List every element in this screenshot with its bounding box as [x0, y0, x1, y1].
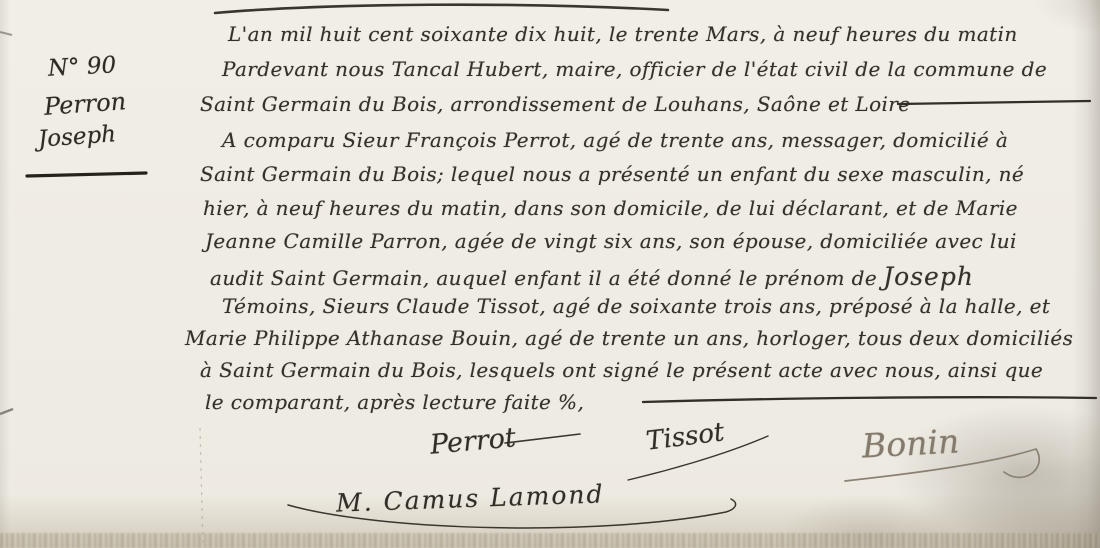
act-line-9: Témoins, Sieurs Claude Tissot, agé de so…: [222, 294, 1050, 318]
edge-mark: [0, 32, 12, 35]
act-line-4: A comparu Sieur François Perrot, agé de …: [222, 128, 1008, 152]
margin-underline: [27, 173, 146, 176]
signature-bonin: Bonin: [861, 421, 960, 465]
act-line-2: Pardevant nous Tancal Hubert, maire, off…: [222, 57, 1047, 81]
margin-given-name: Joseph: [37, 121, 117, 152]
margin-act-number: N° 90: [47, 52, 116, 82]
act-line-6: hier, à neuf heures du matin, dans son d…: [203, 196, 1018, 220]
scan-bottom-grain: [0, 533, 1100, 548]
act-line-11: à Saint Germain du Bois, lesquels ont si…: [200, 358, 1043, 382]
edge-mark: [0, 409, 13, 414]
scanned-birth-record: N° 90 Perron Joseph L'an mil huit cent s…: [0, 0, 1100, 548]
act-line-8: audit Saint Germain, auquel enfant il a …: [210, 262, 974, 291]
act-line-10: Marie Philippe Athanase Bouin, agé de tr…: [185, 326, 1073, 350]
act-line-7: Jeanne Camille Parron, agée de vingt six…: [205, 229, 1017, 253]
line3-filler-rule: [898, 101, 1090, 104]
act-line-1: L'an mil huit cent soixante dix huit, le…: [228, 22, 1018, 46]
margin-surname: Perron: [43, 87, 127, 121]
paper-fold-crease: [200, 428, 203, 548]
line12-filler-rule: [643, 397, 1096, 402]
act-line-12: le comparant, après lecture faite %,: [205, 390, 584, 414]
act-line-5: Saint Germain du Bois; lequel nous a pré…: [200, 162, 1024, 186]
act-line-3: Saint Germain du Bois, arrondissement de…: [200, 92, 911, 116]
child-name-emphasis: Joseph: [883, 262, 974, 291]
act-line-8-text: audit Saint Germain, auquel enfant il a …: [210, 266, 877, 290]
top-rule-line: [215, 5, 668, 13]
